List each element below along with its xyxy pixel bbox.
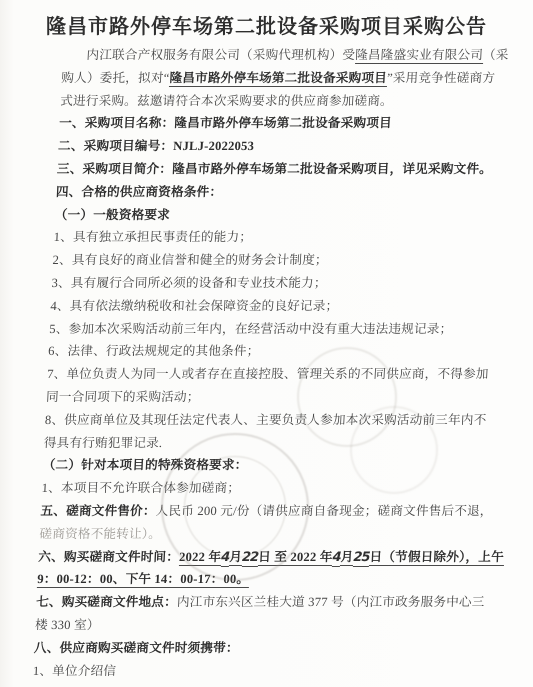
doc-line: 内江联合产权服务有限公司（采购代理机构）受隆昌隆盛实业有限公司（采 — [62, 44, 523, 67]
doc-text: 8、供应商单位及其现任法定代表人、主要负责人参加本次采购活动前三年内不 — [45, 413, 487, 427]
doc-text: 日 至 2022 年 — [258, 550, 333, 566]
doc-text: 1、单位介绍信 — [33, 664, 117, 678]
doc-text: 1、具有独立承担民事责任的能力； — [53, 230, 252, 244]
doc-text: （采 — [483, 48, 509, 62]
doc-text: 5、参加本次采购活动前三年内，在经营活动中没有重大违法违规记录； — [49, 322, 453, 336]
doc-text: 2、具有良好的商业信誉和健全的财务会计制度； — [52, 253, 328, 267]
doc-line: 1、单位介绍信 — [32, 660, 493, 683]
doc-line: 楼 330 室） — [35, 614, 496, 637]
doc-text: 9：00-12：00、下午 14：00-17：00。 — [37, 572, 250, 588]
doc-line: 四、合格的供应商资格条件： — [55, 181, 516, 204]
doc-line: 购人）委托，拟对“隆昌市路外停车场第二批设备采购项目”采用竞争性磋商方 — [61, 67, 522, 90]
doc-line: （一）一般资格要求 — [54, 204, 515, 227]
doc-line: 三、采购项目简介：隆昌市路外停车场第二批设备采购项目，详见采购文件。 — [56, 158, 517, 181]
handwritten-date: 22 — [242, 550, 259, 567]
handwritten-date: 25 — [353, 550, 370, 567]
doc-text: 八、供应商购买磋商文件时须携带： — [34, 641, 239, 655]
doc-line: 二、采购项目编号：NJLJ-2022053 — [58, 135, 519, 158]
doc-line: 1、具有独立承担民事责任的能力； — [53, 226, 514, 249]
scanned-page: 隆昌市路外停车场第二批设备采购项目采购公告 内江联合产权服务有限公司（采购代理机… — [0, 0, 533, 687]
doc-line: 9：00-12：00、下午 14：00-17：00。 — [37, 568, 498, 591]
doc-text: 隆昌市路外停车场第二批设备采购项目 — [169, 71, 387, 87]
doc-text: 楼 330 室） — [35, 618, 100, 632]
doc-text: 人民币 200 元/份（请供应商自备现金；磋商文件售后不退， — [155, 504, 493, 518]
document-title: 隆昌市路外停车场第二批设备采购项目采购公告 — [0, 10, 533, 39]
doc-line: 式进行采购。兹邀请符合本次采购要求的供应商参加磋商。 — [60, 90, 521, 113]
doc-text: 3、具有履行合同所必须的设备和专业技术能力； — [51, 276, 327, 290]
doc-line: 4、具有依法缴纳税收和社会保障资金的良好记录； — [50, 295, 511, 318]
doc-line: 八、供应商购买磋商文件时须携带： — [33, 637, 494, 660]
doc-text: 购人）委托，拟对“ — [61, 71, 170, 85]
doc-text: 四、合格的供应商资格条件： — [56, 185, 223, 199]
doc-text: 2022 年 — [179, 550, 222, 566]
doc-text: 六、购买磋商文件时间： — [38, 550, 179, 564]
doc-line: 六、购买磋商文件时间：2022 年4月22日 至 2022 年4月25日（节假日… — [38, 546, 499, 569]
doc-line: 1、本项目不允许联合体参加磋商； — [41, 477, 502, 500]
doc-line: 5、参加本次采购活动前三年内，在经营活动中没有重大违法违规记录； — [49, 318, 510, 341]
doc-text: 日（节假日除外），上午 — [369, 550, 504, 566]
doc-line: 七、购买磋商文件地点：内江市东兴区兰桂大道 377 号（内江市政务服务中心三 — [36, 591, 497, 614]
doc-line: 3、具有履行合同所必须的设备和专业技术能力； — [51, 272, 512, 295]
doc-text: 五、磋商文件售价： — [40, 504, 156, 518]
doc-text: 隆昌隆盛实业有限公司 — [355, 48, 484, 64]
doc-line: 8、供应商单位及其现任法定代表人、主要负责人参加本次采购活动前三年内不 — [44, 409, 505, 432]
document-body: 内江联合产权服务有限公司（采购代理机构）受隆昌隆盛实业有限公司（采购人）委托，拟… — [32, 44, 523, 682]
doc-text: 七、购买磋商文件地点： — [36, 595, 177, 609]
doc-text: 同一合同项下的采购活动； — [46, 390, 200, 404]
doc-line: 6、法律、行政法规规定的其他条件； — [48, 340, 509, 363]
doc-text: （二）针对本项目的特殊资格要求： — [42, 458, 247, 472]
doc-text: 三、采购项目简介：隆昌市路外停车场第二批设备采购项目，详见采购文件。 — [57, 162, 493, 176]
doc-text: 一、采购项目名称：隆昌市路外停车场第二批设备采购项目 — [59, 116, 392, 130]
doc-text: 6、法律、行政法规规定的其他条件； — [48, 344, 260, 358]
doc-text: 内江市东兴区兰桂大道 377 号（内江市政务服务中心三 — [177, 595, 485, 609]
doc-text: （一）一般资格要求 — [54, 208, 170, 222]
doc-text: 磋商资格不能转让）。 — [39, 527, 161, 541]
doc-text: 1、本项目不允许联合体参加磋商； — [41, 481, 240, 495]
doc-line: 7、单位负责人为同一人或者存在直接控股、管理关系的不同供应商，不得参加 — [47, 363, 508, 386]
doc-line: （二）针对本项目的特殊资格要求： — [42, 454, 503, 477]
doc-text: 内江联合产权服务有限公司（采购代理机构）受 — [86, 48, 355, 62]
doc-text: ”采用竞争性磋商方 — [387, 71, 496, 85]
doc-line: 磋商资格不能转让）。 — [39, 523, 500, 546]
doc-text: 二、采购项目编号：NJLJ-2022053 — [58, 139, 255, 153]
doc-text: 得具有行贿犯罪记录. — [44, 436, 163, 450]
doc-line: 同一合同项下的采购活动； — [45, 386, 506, 409]
doc-text: 式进行采购。兹邀请符合本次采购要求的供应商参加磋商。 — [60, 94, 393, 108]
doc-line: 五、磋商文件售价：人民币 200 元/份（请供应商自备现金；磋商文件售后不退， — [40, 500, 501, 523]
doc-text: 月 — [340, 550, 354, 566]
doc-text: 4、具有依法缴纳税收和社会保障资金的良好记录； — [50, 299, 339, 313]
doc-line: 得具有行贿犯罪记录. — [43, 432, 504, 455]
doc-line: 一、采购项目名称：隆昌市路外停车场第二批设备采购项目 — [59, 112, 520, 135]
doc-line: 2、具有良好的商业信誉和健全的财务会计制度； — [52, 249, 513, 272]
doc-text: 7、单位负责人为同一人或者存在直接控股、管理关系的不同供应商，不得参加 — [47, 367, 489, 381]
doc-text: 月 — [229, 550, 243, 566]
